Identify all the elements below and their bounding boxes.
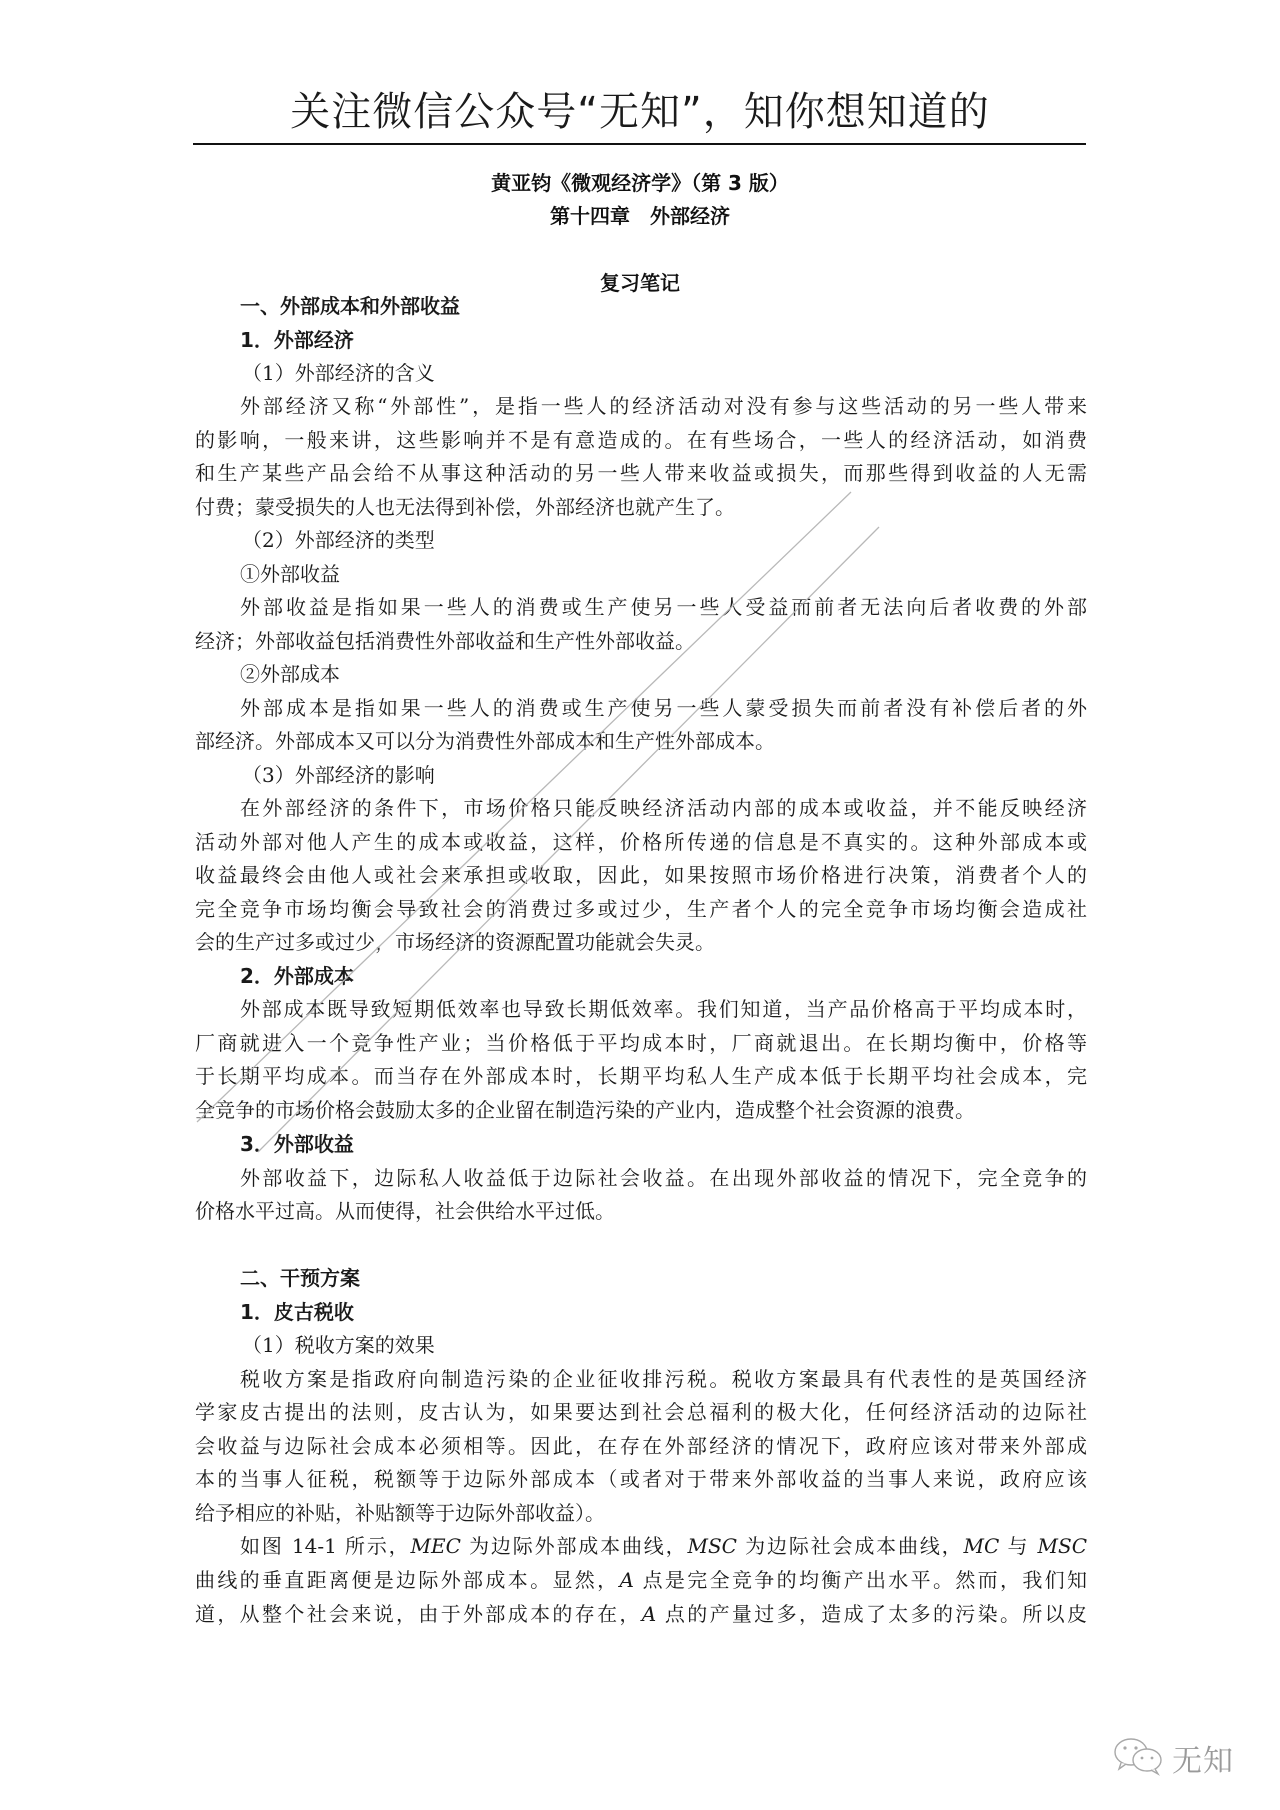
- paragraph-line: 收益最终会由他人或社会来承担或收取，因此，如果按照市场价格进行决策，消费者个人的: [195, 862, 1087, 888]
- paragraph-line: 部经济。外部成本又可以分为消费性外部成本和生产性外部成本。: [195, 728, 1087, 754]
- paragraph-line: 价格水平过高。从而使得，社会供给水平过低。: [195, 1198, 1087, 1224]
- paragraph-line: 和生产某些产品会给不从事这种活动的另一些人带来收益或损失，而那些得到收益的人无需: [195, 460, 1087, 486]
- paragraph-line: 的影响，一般来讲，这些影响并不是有意造成的。在有些场合，一些人的经济活动，如消费: [195, 427, 1087, 453]
- paragraph-line: 税收方案是指政府向制造污染的企业征收排污税。税收方案最具有代表性的是英国经济: [240, 1366, 1087, 1392]
- paragraph-line: ①外部收益: [240, 561, 1087, 587]
- section-heading: 一、外部成本和外部收益: [240, 293, 1132, 319]
- paragraph-line: 外部收益是指如果一些人的消费或生产使另一些人受益而前者无法向后者收费的外部: [240, 594, 1087, 620]
- paragraph-line: 在外部经济的条件下，市场价格只能反映经济活动内部的成本或收益，并不能反映经济: [240, 795, 1087, 821]
- subsection-heading: 2．外部成本: [240, 963, 1132, 989]
- paragraph-line: 本的当事人征税，税额等于边际外部成本（或者对于带来外部收益的当事人来说，政府应该: [195, 1466, 1087, 1492]
- paragraph-line: 活动外部对他人产生的成本或收益，这样，价格所传递的信息是不真实的。这种外部成本或: [195, 829, 1087, 855]
- subsection-heading: 3．外部收益: [240, 1131, 1132, 1157]
- logo-text: 无知: [1172, 1736, 1234, 1780]
- paragraph-line: ②外部成本: [240, 661, 1087, 687]
- paragraph-line: 会的生产过多或过少，市场经济的资源配置功能就会失灵。: [195, 929, 1087, 955]
- paragraph-line: 曲线的垂直距离便是边际外部成本。显然，A 点是完全竞争的均衡产出水平。然而，我们…: [195, 1567, 1087, 1593]
- subsubsection-heading: （3）外部经济的影响: [242, 762, 1134, 788]
- subsection-heading: 1．皮古税收: [240, 1299, 1132, 1325]
- subsubsection-heading: （2）外部经济的类型: [242, 527, 1134, 553]
- subsubsection-heading: （1）税收方案的效果: [242, 1332, 1134, 1358]
- paragraph-line: 于长期平均成本。而当存在外部成本时，长期平均私人生产成本低于长期平均社会成本，完: [195, 1063, 1087, 1089]
- book-title: 黄亚钧《微观经济学》（第 3 版）: [0, 170, 1280, 196]
- paragraph-line: 外部成本是指如果一些人的消费或生产使另一些人蒙受损失而前者没有补偿后者的外: [240, 695, 1087, 721]
- paragraph-line: 完全竞争市场均衡会导致社会的消费过多或过少，生产者个人的完全竞争市场均衡会造成社: [195, 896, 1087, 922]
- paragraph-line: 经济；外部收益包括消费性外部收益和生产性外部收益。: [195, 628, 1087, 654]
- paragraph-line: 学家皮古提出的法则，皮古认为，如果要达到社会总福利的极大化，任何经济活动的边际社: [195, 1399, 1087, 1425]
- footer-logo: 无知: [1112, 1738, 1234, 1778]
- paragraph-line: 如图 14-1 所示，MEC 为边际外部成本曲线，MSC 为边际社会成本曲线，M…: [240, 1533, 1087, 1559]
- paragraph-line: 给予相应的补贴，补贴额等于边际外部收益）。: [195, 1500, 1087, 1526]
- wechat-follow-banner: 关注微信公众号“无知”，知你想知道的: [0, 88, 1280, 136]
- paragraph-line: 付费；蒙受损失的人也无法得到补偿，外部经济也就产生了。: [195, 494, 1087, 520]
- chapter-title: 第十四章 外部经济: [0, 203, 1280, 229]
- header-divider: [193, 143, 1086, 145]
- paragraph-line: 道，从整个社会来说，由于外部成本的存在，A 点的产量过多，造成了太多的污染。所以…: [195, 1601, 1087, 1627]
- paragraph-line: 外部成本既导致短期低效率也导致长期低效率。我们知道，当产品价格高于平均成本时，: [240, 996, 1087, 1022]
- wechat-icon: [1112, 1736, 1166, 1780]
- paragraph-line: 全竞争的市场价格会鼓励太多的企业留在制造污染的产业内，造成整个社会资源的浪费。: [195, 1097, 1087, 1123]
- subsection-heading: 1．外部经济: [240, 327, 1132, 353]
- section-heading: 二、干预方案: [240, 1265, 1132, 1291]
- paragraph-line: 外部经济又称“外部性”，是指一些人的经济活动对没有参与这些活动的另一些人带来: [240, 393, 1087, 419]
- paragraph-line: 外部收益下，边际私人收益低于边际社会收益。在出现外部收益的情况下，完全竞争的: [240, 1165, 1087, 1191]
- paragraph-line: 厂商就进入一个竞争性产业；当价格低于平均成本时，厂商就退出。在长期均衡中，价格等: [195, 1030, 1087, 1056]
- paragraph-line: 会收益与边际社会成本必须相等。因此，在存在外部经济的情况下，政府应该对带来外部成: [195, 1433, 1087, 1459]
- subsubsection-heading: （1）外部经济的含义: [242, 360, 1134, 386]
